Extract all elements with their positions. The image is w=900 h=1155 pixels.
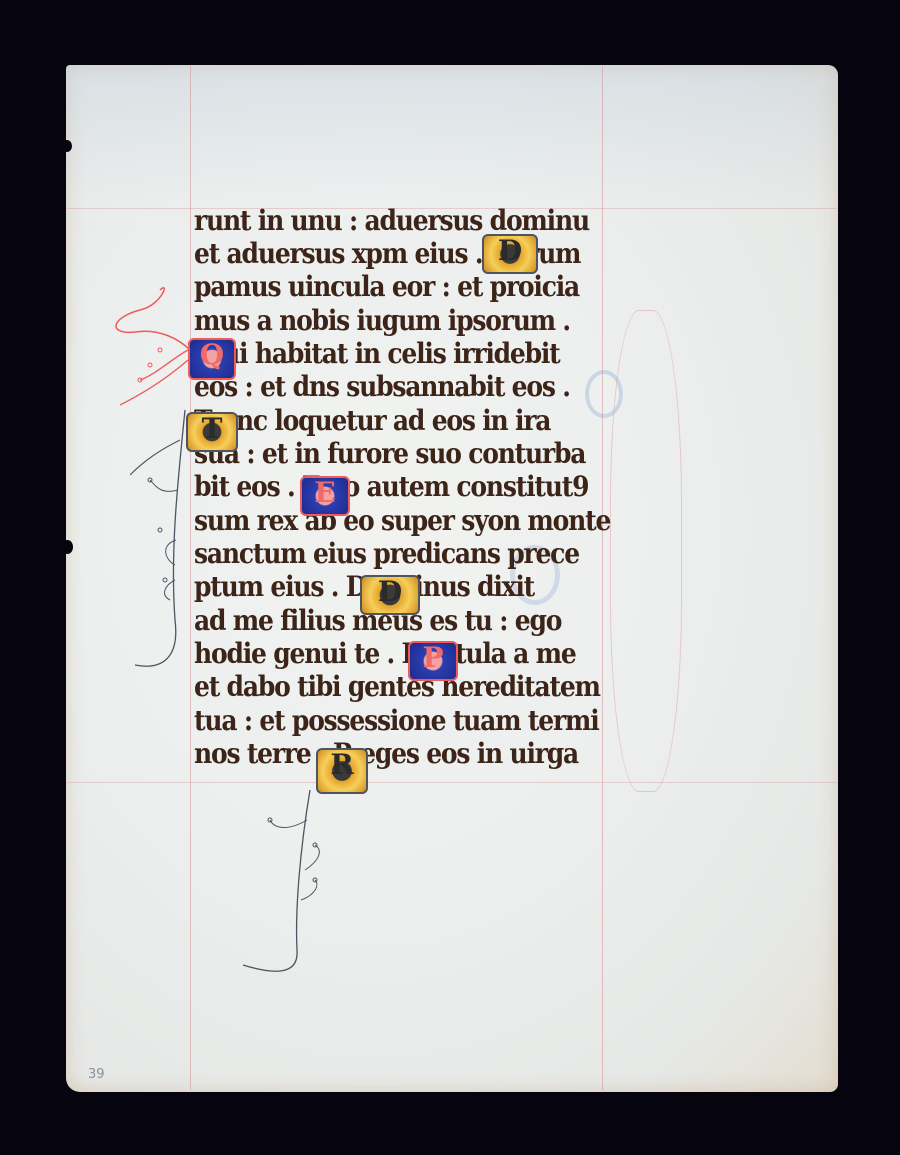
text-line: mus a nobis iugum ipsorum . — [194, 304, 614, 341]
ruling-bottom — [67, 782, 837, 783]
text-line: hodie genui te . P ostula a me — [194, 637, 614, 674]
text-line: Q ui habitat in celis irridebit — [194, 337, 614, 374]
text-line: nos terre . R eges eos in uirga — [194, 737, 614, 774]
show-through-penwork — [610, 310, 682, 792]
initial-p-blue: P — [408, 641, 458, 681]
edge-notch — [62, 140, 72, 152]
text-line: tua : et possessione tuam termi — [194, 704, 614, 741]
text-line: bit eos . E go autem constitut9 — [194, 470, 614, 507]
text-line: eos : et dns subsannabit eos . — [194, 370, 614, 407]
text-line: et dabo tibi gentes hereditatem — [194, 670, 614, 707]
text-line: runt in unu : aduersus dominu — [194, 204, 614, 241]
initial-d-gold: D — [360, 575, 420, 615]
text-line: T unc loquetur ad eos in ira — [194, 404, 614, 441]
text-line: sum rex ab eo super syon monte — [194, 504, 614, 541]
lower-penwork-flourish — [235, 790, 345, 980]
blue-grey-penwork-flourish — [130, 400, 210, 680]
text-line: pamus uincula eor : et proicia — [194, 270, 614, 307]
text-line: et aduersus xpm eius . D irum — [194, 237, 614, 274]
text-line: sanctum eius predicans prece — [194, 537, 614, 574]
initial-d-gold: D — [482, 234, 538, 274]
initial-r-gold: R — [316, 748, 368, 794]
folio-number: 39 — [88, 1067, 105, 1082]
text-line: sua : et in furore suo conturba — [194, 437, 614, 474]
red-penwork-flourish — [100, 280, 210, 420]
edge-notch — [62, 540, 73, 554]
initial-e-blue: E — [300, 476, 350, 516]
